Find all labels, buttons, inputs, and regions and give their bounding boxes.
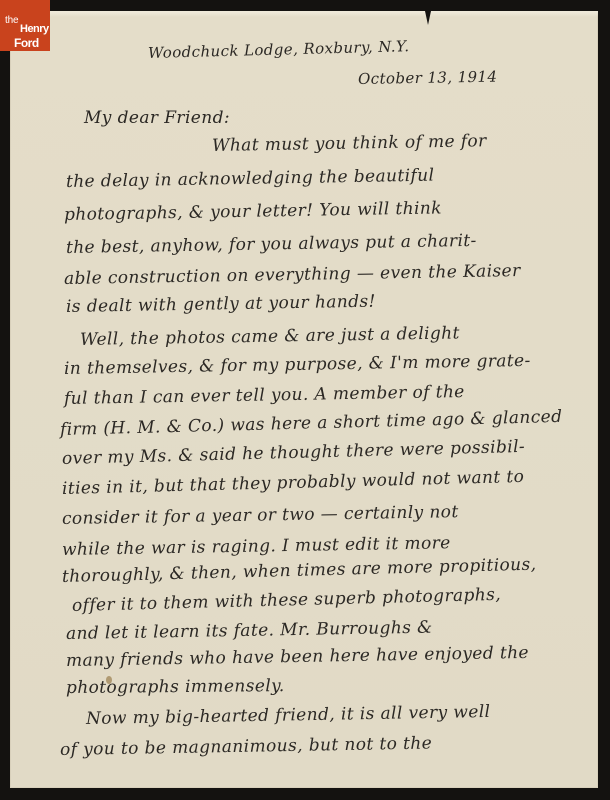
logo-text-the: the	[5, 16, 18, 26]
frame-edge	[0, 51, 10, 800]
paper-tear-notch	[425, 11, 431, 25]
letter-date: October 13, 1914	[358, 68, 498, 88]
henry-ford-logo: the Henry Ford	[0, 0, 50, 51]
logo-text-ford: Ford	[14, 37, 39, 49]
logo-text-henry: Henry	[20, 24, 49, 35]
letter-line: photographs immensely.	[66, 676, 285, 698]
document-viewer: the Henry Ford Woodchuck Lodge, Roxbury,…	[0, 0, 610, 800]
letter-salutation: My dear Friend:	[84, 108, 230, 128]
